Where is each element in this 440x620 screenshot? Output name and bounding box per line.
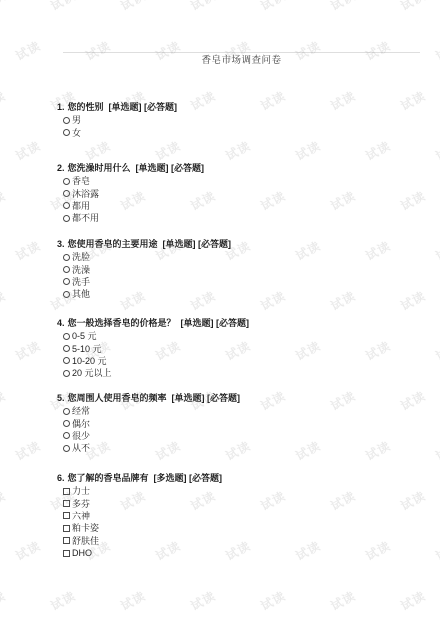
checkbox-icon[interactable] [63, 512, 70, 519]
option-row[interactable]: 沐浴露 [63, 187, 424, 199]
question-title: 4.您一般选择香皂的价格是？[单选题] [必答题] [57, 317, 424, 330]
option-label: 粕卡姿 [72, 523, 99, 533]
option-label: 六神 [72, 511, 90, 521]
option-row[interactable]: DHO [63, 547, 424, 559]
question-title: 3.您使用香皂的主要用途[单选题] [必答题] [57, 238, 424, 251]
option-row[interactable]: 洗澡 [63, 263, 424, 275]
radio-icon[interactable] [63, 445, 70, 452]
option-label: 香皂 [72, 176, 90, 186]
option-label: 5-10 元 [72, 344, 102, 354]
radio-icon[interactable] [63, 345, 70, 352]
option-label: 都用 [72, 201, 90, 211]
checkbox-icon[interactable] [63, 550, 70, 557]
question-block: 3.您使用香皂的主要用途[单选题] [必答题]洗脸洗澡洗手其他 [57, 238, 424, 301]
option-label: 力士 [72, 486, 90, 496]
question-text: 您一般选择香皂的价格是？ [68, 318, 176, 328]
option-label: 经常 [72, 406, 90, 416]
question-text: 您了解的香皂品牌有 [68, 473, 149, 483]
question-title: 5.您周围人使用香皂的频率[单选题] [必答题] [57, 392, 424, 405]
option-row[interactable]: 偶尔 [63, 417, 424, 429]
question-block: 1.您的性别[单选题] [必答题]男女 [57, 101, 424, 139]
option-label: 都不用 [72, 213, 99, 223]
question-text: 您的性别 [68, 102, 104, 112]
option-group: 0-5 元5-10 元10-20 元20 元以上 [57, 330, 424, 380]
radio-icon[interactable] [63, 420, 70, 427]
option-label: 洗澡 [72, 265, 90, 275]
radio-icon[interactable] [63, 215, 70, 222]
question-number: 1. [57, 102, 65, 112]
option-group: 男女 [57, 114, 424, 139]
option-label: 男 [72, 115, 81, 125]
question-title: 1.您的性别[单选题] [必答题] [57, 101, 424, 114]
radio-icon[interactable] [63, 202, 70, 209]
option-label: 沐浴露 [72, 189, 99, 199]
option-group: 洗脸洗澡洗手其他 [57, 251, 424, 301]
question-text: 您使用香皂的主要用途 [68, 239, 158, 249]
option-row[interactable]: 0-5 元 [63, 330, 424, 342]
question-number: 2. [57, 163, 65, 173]
option-row[interactable]: 很少 [63, 430, 424, 442]
option-row[interactable]: 香皂 [63, 175, 424, 187]
option-label: DHO [72, 548, 92, 558]
question-text: 您周围人使用香皂的频率 [68, 393, 167, 403]
question-number: 5. [57, 393, 65, 403]
option-row[interactable]: 10-20 元 [63, 355, 424, 367]
option-row[interactable]: 20 元以上 [63, 367, 424, 379]
option-row[interactable]: 洗脸 [63, 251, 424, 263]
question-tags: [单选题] [必答题] [136, 163, 205, 173]
option-row[interactable]: 多芬 [63, 497, 424, 509]
option-row[interactable]: 男 [63, 114, 424, 126]
radio-icon[interactable] [63, 278, 70, 285]
option-row[interactable]: 都不用 [63, 212, 424, 224]
question-tags: [多选题] [必答题] [154, 473, 223, 483]
radio-icon[interactable] [63, 129, 70, 136]
question-block: 6.您了解的香皂品牌有[多选题] [必答题]力士多芬六神粕卡姿舒肤佳DHO [57, 472, 424, 559]
option-label: 其他 [72, 289, 90, 299]
option-label: 10-20 元 [72, 356, 107, 366]
question-tags: [单选题] [必答题] [181, 318, 250, 328]
checkbox-icon[interactable] [63, 488, 70, 495]
option-row[interactable]: 从不 [63, 442, 424, 454]
radio-icon[interactable] [63, 432, 70, 439]
question-block: 2.您洗澡时用什么[单选题] [必答题]香皂沐浴露都用都不用 [57, 162, 424, 225]
option-label: 舒肤佳 [72, 536, 99, 546]
option-row[interactable]: 女 [63, 126, 424, 138]
option-row[interactable]: 洗手 [63, 276, 424, 288]
radio-icon[interactable] [63, 266, 70, 273]
option-label: 洗脸 [72, 252, 90, 262]
option-row[interactable]: 粕卡姿 [63, 522, 424, 534]
option-group: 香皂沐浴露都用都不用 [57, 175, 424, 225]
option-row[interactable]: 5-10 元 [63, 342, 424, 354]
question-title: 2.您洗澡时用什么[单选题] [必答题] [57, 162, 424, 175]
radio-icon[interactable] [63, 291, 70, 298]
option-row[interactable]: 经常 [63, 405, 424, 417]
survey-document: 香皂市场调查问卷 1.您的性别[单选题] [必答题]男女2.您洗澡时用什么[单选… [0, 0, 440, 620]
question-block: 5.您周围人使用香皂的频率[单选题] [必答题]经常偶尔很少从不 [57, 392, 424, 455]
option-label: 0-5 元 [72, 331, 97, 341]
option-label: 从不 [72, 443, 90, 453]
radio-icon[interactable] [63, 178, 70, 185]
question-text: 您洗澡时用什么 [68, 163, 131, 173]
question-tags: [单选题] [必答题] [172, 393, 241, 403]
radio-icon[interactable] [63, 408, 70, 415]
radio-icon[interactable] [63, 190, 70, 197]
option-label: 很少 [72, 431, 90, 441]
radio-icon[interactable] [63, 370, 70, 377]
question-number: 6. [57, 473, 65, 483]
question-tags: [单选题] [必答题] [163, 239, 232, 249]
radio-icon[interactable] [63, 333, 70, 340]
radio-icon[interactable] [63, 254, 70, 261]
question-title: 6.您了解的香皂品牌有[多选题] [必答题] [57, 472, 424, 485]
title-divider [63, 52, 420, 53]
option-row[interactable]: 都用 [63, 200, 424, 212]
option-label: 女 [72, 128, 81, 138]
option-label: 偶尔 [72, 419, 90, 429]
radio-icon[interactable] [63, 117, 70, 124]
checkbox-icon[interactable] [63, 500, 70, 507]
option-row[interactable]: 舒肤佳 [63, 535, 424, 547]
checkbox-icon[interactable] [63, 525, 70, 532]
question-tags: [单选题] [必答题] [109, 102, 178, 112]
option-label: 多芬 [72, 499, 90, 509]
option-group: 经常偶尔很少从不 [57, 405, 424, 455]
option-row[interactable]: 六神 [63, 510, 424, 522]
question-number: 4. [57, 318, 65, 328]
option-label: 洗手 [72, 277, 90, 287]
option-group: 力士多芬六神粕卡姿舒肤佳DHO [57, 485, 424, 559]
option-label: 20 元以上 [72, 368, 112, 378]
option-row[interactable]: 力士 [63, 485, 424, 497]
question-block: 4.您一般选择香皂的价格是？[单选题] [必答题]0-5 元5-10 元10-2… [57, 317, 424, 380]
question-number: 3. [57, 239, 65, 249]
checkbox-icon[interactable] [63, 537, 70, 544]
page-title: 香皂市场调查问卷 [63, 55, 420, 67]
radio-icon[interactable] [63, 357, 70, 364]
option-row[interactable]: 其他 [63, 288, 424, 300]
